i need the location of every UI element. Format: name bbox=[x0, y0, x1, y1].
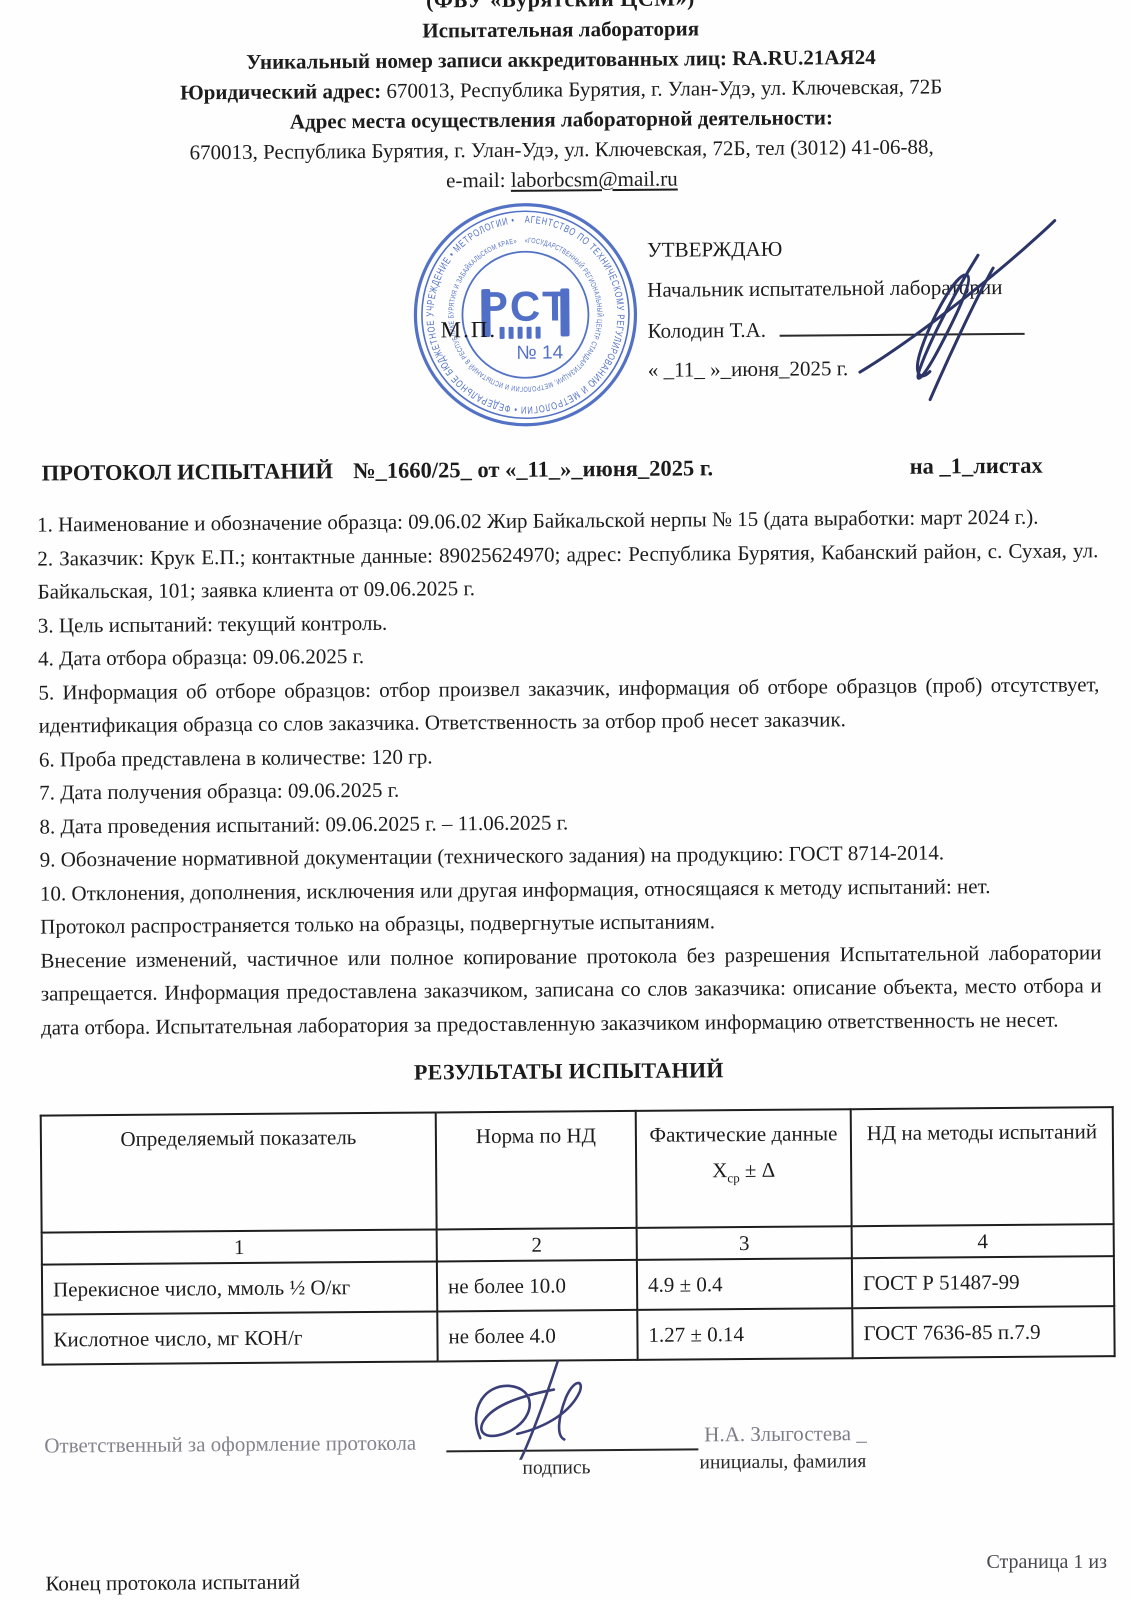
cell-method: ГОСТ Р 51487-99 bbox=[852, 1256, 1114, 1308]
col-header-actual-label: Фактические данные bbox=[647, 1118, 840, 1150]
col-header-indicator: Определяемый показатель bbox=[41, 1112, 437, 1232]
round-seal-icon: АГЕНТСТВО ПО ТЕХНИЧЕСКОМУ РЕГУЛИРОВАНИЮ … bbox=[409, 198, 643, 432]
protocol-note-2: Внесение изменений, частичное или полное… bbox=[40, 936, 1102, 1045]
clerk-signature-icon bbox=[462, 1359, 623, 1460]
end-of-protocol-note: Конец протокола испытаний bbox=[45, 1563, 1131, 1597]
result-row-acid: Кислотное число, мг КОН/г не более 4.0 1… bbox=[42, 1306, 1114, 1364]
clerk-name-caption: инициалы, фамилия bbox=[699, 1451, 866, 1474]
cell-actual: 1.27 ± 0.14 bbox=[637, 1308, 852, 1360]
email-address: laborbcsm@mail.ru bbox=[511, 167, 678, 192]
protocol-number: №_1660/25_ от «_11_»_июня_2025 г. bbox=[353, 455, 713, 484]
col-header-norm: Норма по НД bbox=[436, 1111, 637, 1230]
cell-norm: не более 4.0 bbox=[437, 1310, 637, 1362]
result-row-peroxide: Перекисное число, ммоль ½ О/кг не более … bbox=[42, 1256, 1114, 1314]
col-header-methods: НД на методы испытаний bbox=[851, 1107, 1114, 1226]
seal-number: № 14 bbox=[516, 342, 563, 363]
signature-caption: подпись bbox=[522, 1457, 590, 1480]
signoff-block: Ответственный за оформление протокола по… bbox=[44, 1397, 1131, 1506]
cell-indicator: Кислотное число, мг КОН/г bbox=[42, 1311, 437, 1364]
email-line: e-mail: laborbcsm@mail.ru bbox=[0, 162, 1127, 197]
protocol-sheets: на _1_листах bbox=[910, 453, 1043, 480]
cell-method: ГОСТ 7636-85 п.7.9 bbox=[852, 1306, 1114, 1358]
cell-norm: не более 10.0 bbox=[437, 1260, 637, 1312]
clerk-name: Н.А. Злыгостева _ bbox=[704, 1421, 867, 1447]
protocol-item-2: 2. Заказчик: Крук Е.П.; контактные данны… bbox=[37, 534, 1098, 609]
lab-name: Испытательная лаборатория bbox=[0, 12, 1126, 47]
accreditation-number: Уникальный номер записи аккредитованных … bbox=[0, 42, 1127, 77]
col-num-4: 4 bbox=[852, 1224, 1114, 1258]
legal-address-label: Юридический адрес: bbox=[180, 79, 381, 105]
activity-address-label: Адрес места осуществления лабораторной д… bbox=[0, 102, 1127, 137]
approver-name: Колодин Т.А. bbox=[647, 318, 766, 343]
results-title: РЕЗУЛЬТАТЫ ИСПЫТАНИЙ bbox=[3, 1054, 1131, 1089]
seal-approval-zone: АГЕНТСТВО ПО ТЕХНИЧЕСКОМУ РЕГУЛИРОВАНИЮ … bbox=[0, 194, 1129, 441]
page-number: Страница 1 из bbox=[986, 1551, 1107, 1574]
mp-label: М.П. bbox=[440, 317, 497, 343]
protocol-item-5: 5. Информация об отборе образцов: отбор … bbox=[38, 668, 1099, 743]
col-header-actual: Фактические данные Хср ± Δ bbox=[636, 1109, 852, 1228]
results-table: Определяемый показатель Норма по НД Факт… bbox=[40, 1106, 1116, 1365]
col-num-1: 1 bbox=[42, 1229, 437, 1264]
director-signature-icon bbox=[855, 213, 1061, 405]
cell-actual: 4.9 ± 0.4 bbox=[637, 1258, 852, 1310]
signoff-label: Ответственный за оформление протокола bbox=[44, 1431, 416, 1459]
legal-address-line: Юридический адрес: 670013, Республика Бу… bbox=[0, 72, 1127, 107]
round-seal: АГЕНТСТВО ПО ТЕХНИЧЕСКОМУ РЕГУЛИРОВАНИЮ … bbox=[409, 198, 643, 432]
scanned-protocol-page: (ФБУ «Бурятский ЦСМ») Испытательная лабо… bbox=[0, 0, 1131, 1600]
col-num-2: 2 bbox=[437, 1228, 637, 1262]
results-header-row: Определяемый показатель Норма по НД Факт… bbox=[41, 1107, 1114, 1232]
document-header: (ФБУ «Бурятский ЦСМ») Испытательная лабо… bbox=[0, 0, 1127, 197]
protocol-body: 1. Наименование и обозначение образца: 0… bbox=[37, 500, 1102, 1044]
email-label: e-mail: bbox=[446, 168, 511, 193]
cell-indicator: Перекисное число, ммоль ½ О/кг bbox=[42, 1261, 437, 1314]
col-num-3: 3 bbox=[637, 1226, 852, 1260]
activity-address-value: 670013, Республика Бурятия, г. Улан-Удэ,… bbox=[0, 132, 1127, 167]
protocol-title: ПРОТОКОЛ ИСПЫТАНИЙ bbox=[42, 458, 334, 486]
col-header-formula: Хср ± Δ bbox=[647, 1154, 840, 1194]
protocol-title-row: ПРОТОКОЛ ИСПЫТАНИЙ №_1660/25_ от «_11_»_… bbox=[42, 452, 1095, 486]
legal-address-value: 670013, Республика Бурятия, г. Улан-Удэ,… bbox=[386, 74, 942, 102]
